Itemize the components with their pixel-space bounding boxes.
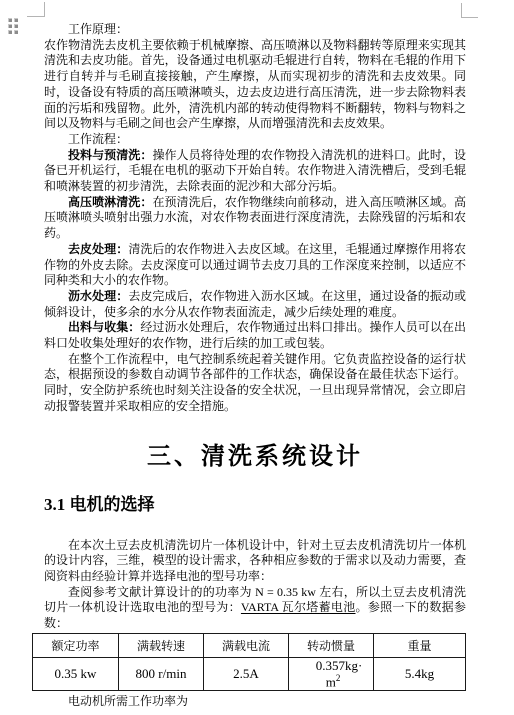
inertia-unit: m2 <box>291 672 371 688</box>
working-principle-title: 工作原理： <box>44 22 466 38</box>
section-heading: 3.1 电机的选择 <box>44 493 466 517</box>
drag-handle-dot <box>14 24 18 28</box>
drag-handle-dot <box>8 18 12 22</box>
workflow-step-draining: 沥水处理：去皮完成后，农作物进入沥水区域。在这里，通过设备的振动或倾斜设计，使多… <box>44 289 466 320</box>
step-label: 出料与收集： <box>68 320 140 334</box>
drag-handle-dot <box>8 30 12 34</box>
closing-paragraph: 在整个工作流程中，电气控制系统起着关键作用。它负责监控设备的运行状态，根据预设的… <box>44 352 466 415</box>
drag-handle-dot <box>14 30 18 34</box>
step-label: 投料与预清洗： <box>68 148 152 162</box>
header-full-load-speed: 满载转速 <box>119 633 204 657</box>
document-content[interactable]: 工作原理： 农作物清洗去皮机主要依赖于机械摩擦、高压喷淋以及物料翻转等原理来实现… <box>44 22 466 710</box>
header-full-load-current: 满载电流 <box>204 633 289 657</box>
power-selection-paragraph: 查阅参考文献计算设计的的功率为 N = 0.35 kw 左右，所以土豆去皮机清洗… <box>44 585 466 632</box>
document-page[interactable]: 工作原理： 农作物清洗去皮机主要依赖于机械摩擦、高压喷淋以及物料翻转等原理来实现… <box>0 0 514 715</box>
step-label: 高压喷淋清洗： <box>68 195 152 209</box>
inertia-unit-base: m <box>326 674 336 689</box>
motor-spec-table: 额定功率 满载转速 满载电流 转动惯量 重量 0.35 kw 800 r/min… <box>32 633 466 691</box>
header-rated-power: 额定功率 <box>33 633 119 657</box>
working-principle-body: 农作物清洗去皮机主要依赖于机械摩擦、高压喷淋以及物料翻转等原理来实现其清洗和去皮… <box>44 38 466 132</box>
workflow-step-spray-wash: 高压喷淋清洗：在预清洗后，农作物继续向前移动，进入高压喷淋区域。高压喷淋喷头喷射… <box>44 195 466 242</box>
cell-rotational-inertia: 0.357kg· m2 <box>289 657 374 690</box>
cell-full-load-current: 2.5A <box>204 657 289 690</box>
inertia-value: 0.357kg· <box>291 659 371 672</box>
drag-handle-icon[interactable] <box>8 18 18 34</box>
page-margin-crop-mark-top-right <box>461 3 478 18</box>
cell-rated-power: 0.35 kw <box>33 657 119 690</box>
table-header-row: 额定功率 满载转速 满载电流 转动惯量 重量 <box>33 633 466 657</box>
page-margin-crop-mark-top-left <box>27 2 45 17</box>
drag-handle-dot <box>8 24 12 28</box>
cell-weight: 5.4kg <box>374 657 466 690</box>
chapter-heading: 三、清洗系统设计 <box>44 441 466 474</box>
drag-handle-dot <box>14 18 18 22</box>
battery-model: VARTA 瓦尔塔蓄电池 <box>241 600 356 614</box>
header-rotational-inertia: 转动惯量 <box>289 633 374 657</box>
workflow-step-peeling: 去皮处理：清洗后的农作物进入去皮区域。在这里，毛辊通过摩擦作用将农作物的外皮去除… <box>44 242 466 289</box>
step-label: 沥水处理： <box>68 289 128 303</box>
cell-full-load-speed: 800 r/min <box>119 657 204 690</box>
step-label: 去皮处理： <box>68 242 128 256</box>
inertia-unit-sup: 2 <box>336 673 341 683</box>
motor-intro-paragraph: 在本次土豆去皮机清洗切片一体机设计中，针对土豆去皮机清洗切片一体机的设计内容，三… <box>44 538 466 585</box>
power-formula: N = 0.35 kw <box>255 585 316 599</box>
workflow-step-feeding: 投料与预清洗：操作人员将待处理的农作物投入清洗机的进料口。此时，设备已开机运行，… <box>44 148 466 195</box>
workflow-step-discharge: 出料与收集：经过沥水处理后，农作物通过出料口排出。操作人员可以在出料口处收集处理… <box>44 320 466 351</box>
header-weight: 重量 <box>374 633 466 657</box>
table-data-row: 0.35 kw 800 r/min 2.5A 0.357kg· m2 5.4kg <box>33 657 466 690</box>
motor-power-lead-in: 电动机所需工作功率为 <box>44 694 466 710</box>
power-text-1: 查阅参考文献计算设计的的功率为 <box>68 585 255 599</box>
workflow-title: 工作流程： <box>44 132 466 148</box>
